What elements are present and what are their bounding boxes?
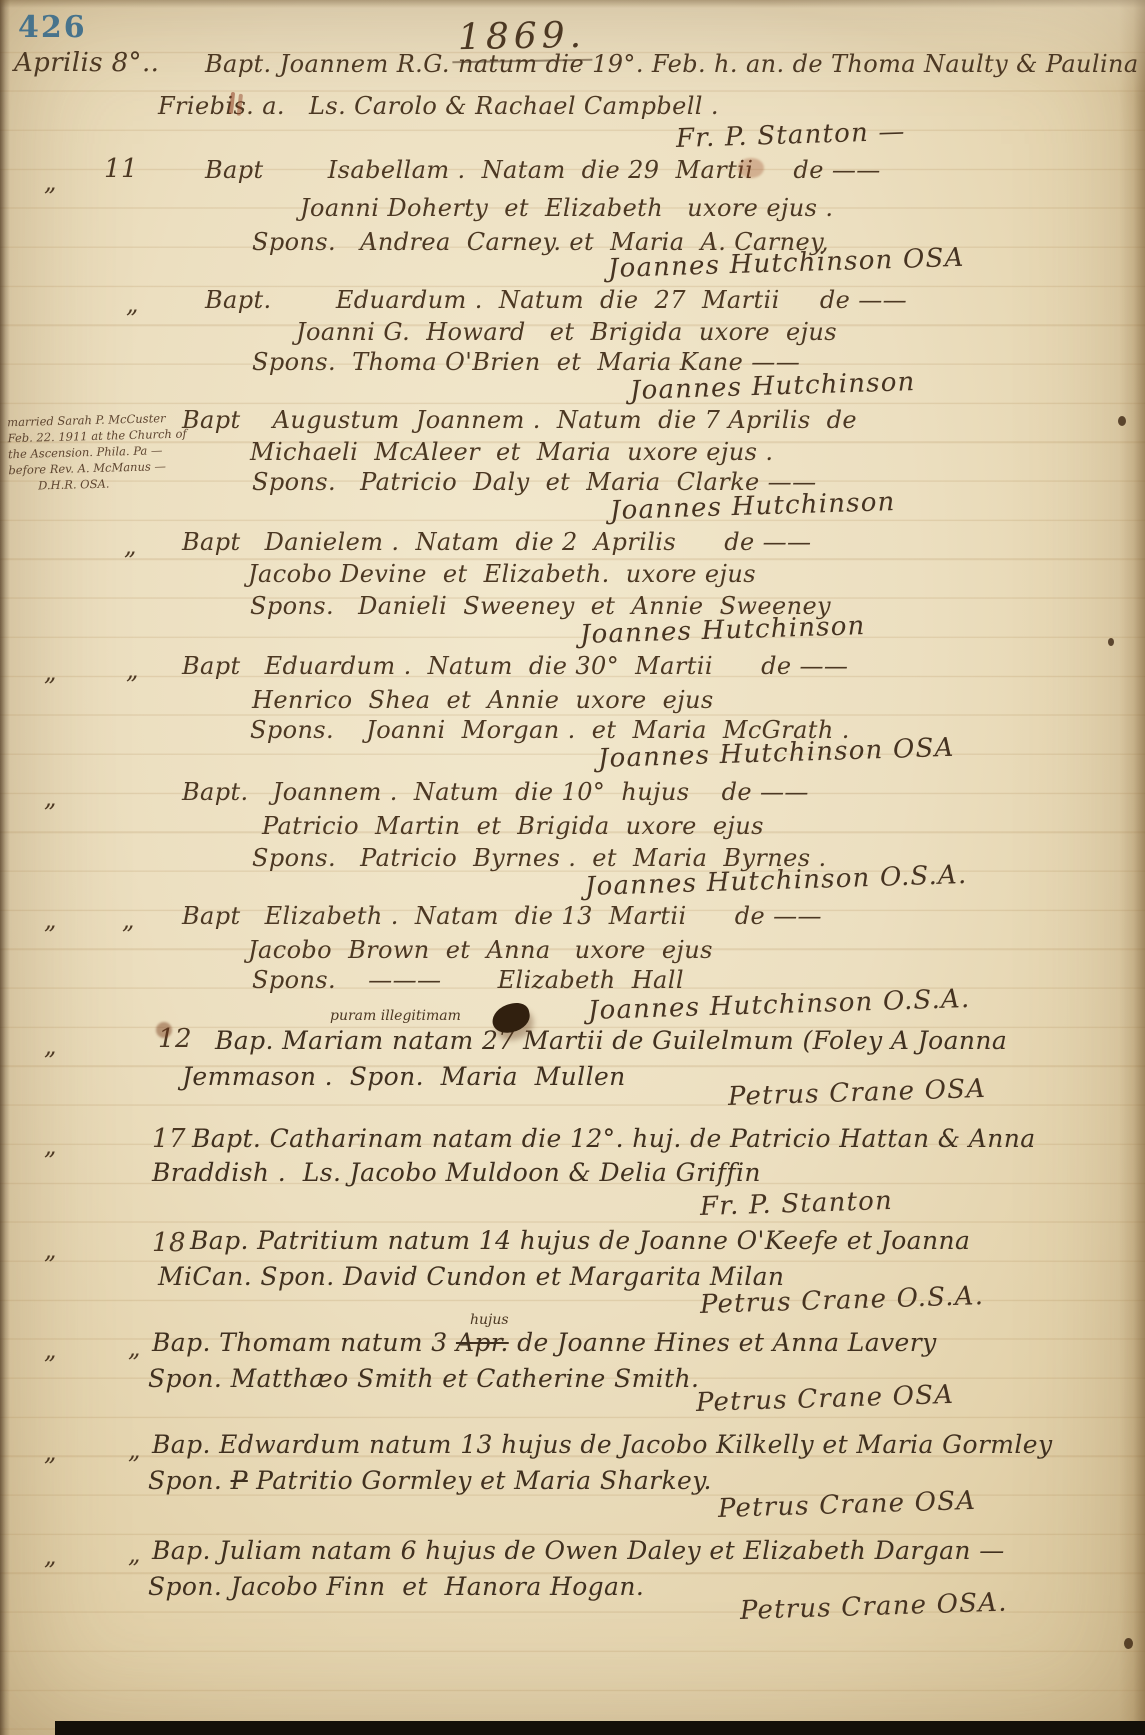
entry-signature: Fr. P. Stanton — xyxy=(676,119,906,152)
entry-line: Bap. Patritium natum 14 hujus de Joanne … xyxy=(190,1228,970,1253)
entry-line: Braddish . Ls. Jacobo Muldoon & Delia Gr… xyxy=(152,1160,761,1185)
entry-line: Bapt Elizabeth . Natam die 13 Martii de … xyxy=(182,904,822,928)
entry-line: Spon. P Patritio Gormley et Maria Sharke… xyxy=(148,1468,712,1493)
struck-text: P xyxy=(231,1466,248,1495)
entry-signature: Fr. P. Stanton xyxy=(700,1188,894,1220)
page-top-edge xyxy=(0,0,1145,8)
line-segment: de Joanne Hines et Anna Lavery xyxy=(509,1328,937,1357)
register-page: 426 1869. Aprilis 8°.. Bapt. Joannem R.G… xyxy=(0,0,1145,1735)
ink-smudge xyxy=(738,158,764,178)
entry-month-ditto: „ xyxy=(44,1544,57,1568)
entry-signature: Petrus Crane OSA xyxy=(696,1382,955,1416)
entry-line: Spon. Jacobo Finn et Hanora Hogan. xyxy=(148,1574,644,1599)
entry-date: Aprilis 8°.. xyxy=(14,50,159,76)
entry-line: Spons. Thoma O'Brien et Maria Kane —— xyxy=(252,350,800,374)
entry-line: Jemmason . Spon. Maria Mullen xyxy=(182,1064,626,1089)
entry-line: Patricio Martin et Brigida uxore ejus xyxy=(262,814,764,838)
entry-month-ditto: „ xyxy=(44,786,57,810)
entry-signature: Petrus Crane OSA. xyxy=(740,1590,1008,1624)
entry-line: Bapt. Joannem R.G. natum die 19°. Feb. h… xyxy=(205,52,1139,76)
entry-line: Bap. Thomam natum 3 Apr. de Joanne Hines… xyxy=(152,1330,937,1355)
entry-signature: Joannes Hutchinson xyxy=(580,613,866,648)
entry-line: Bapt Augustum Joannem . Natum die 7 Apri… xyxy=(182,408,857,432)
entry-signature: Joannes Hutchinson xyxy=(610,489,896,524)
entry-line: MiCan. Spon. David Cundon et Margarita M… xyxy=(158,1264,784,1289)
entry-day-ditto: „ xyxy=(128,1438,141,1462)
line-segment: natam 27 Martii de Guilelmum (Foley A Jo… xyxy=(384,1026,1008,1055)
line-segment: Bap. Mariam xyxy=(215,1026,384,1055)
bottom-scan-edge xyxy=(55,1721,1145,1735)
ink-smudge xyxy=(156,1022,172,1038)
entry-signature: Petrus Crane OSA xyxy=(718,1488,977,1522)
entry-signature: Petrus Crane O.S.A. xyxy=(700,1283,985,1318)
entry-day-ditto: „ xyxy=(124,534,137,558)
entry-month-ditto: „ xyxy=(44,1440,57,1464)
entry-line: Friebis. a. Ls. Carolo & Rachael Campbel… xyxy=(158,94,719,118)
entry-line: Bapt Danielem . Natam die 2 Aprilis de —… xyxy=(182,530,811,554)
entry-line: Bapt. Joannem . Natum die 10° hujus de —… xyxy=(182,780,809,804)
entry-line: Bapt Eduardum . Natum die 30° Martii de … xyxy=(182,654,848,678)
entry-day-ditto: „ xyxy=(126,292,139,316)
entry-day-ditto: „ xyxy=(128,1336,141,1360)
entry-signature: Joannes Hutchinson xyxy=(630,369,916,404)
entry-signature: Petrus Crane OSA xyxy=(728,1076,987,1110)
entry-line: Jacobo Brown et Anna uxore ejus xyxy=(248,938,713,962)
edge-speck xyxy=(1124,1638,1133,1649)
struck-text: Apr. xyxy=(456,1328,509,1357)
entry-line: Bap. Mariam natam 27 Martii de Guilelmum… xyxy=(215,1028,1007,1053)
entry-line: Henrico Shea et Annie uxore ejus xyxy=(252,688,714,712)
entry-month-ditto: „ xyxy=(44,908,57,932)
interlinear-insertion: hujus xyxy=(470,1312,509,1328)
entry-line: Bapt. Catharinam natam die 12°. huj. de … xyxy=(192,1126,1036,1151)
page-right-edge xyxy=(1119,0,1145,1735)
entry-day: 18 xyxy=(152,1230,186,1256)
entry-line: Bapt Isabellam . Natam die 29 Martii de … xyxy=(205,158,881,182)
entry-line: Bapt. Eduardum . Natum die 27 Martii de … xyxy=(205,288,907,312)
entry-line: Bap. Juliam natam 6 hujus de Owen Daley … xyxy=(152,1538,1005,1563)
entry-line: Bap. Edwardum natum 13 hujus de Jacobo K… xyxy=(152,1432,1053,1457)
entry-line: Jacobo Devine et Elizabeth. uxore ejus xyxy=(248,562,756,586)
entry-month-ditto: „ xyxy=(44,1134,57,1158)
binding-edge xyxy=(0,0,10,1735)
entry-line: Spons. Patricio Daly et Maria Clarke —— xyxy=(252,470,816,494)
entry-line: Joanni G. Howard et Brigida uxore ejus xyxy=(296,320,837,344)
edge-speck xyxy=(1108,638,1114,646)
entry-month-ditto: „ xyxy=(44,170,57,194)
margin-note: married Sarah P. McCuster Feb. 22. 1911 … xyxy=(7,410,179,494)
edge-speck xyxy=(1118,416,1126,426)
line-segment: Bap. Thomam natum 3 xyxy=(152,1328,456,1357)
entry-month-ditto: „ xyxy=(44,1238,57,1262)
entry-day-ditto: „ xyxy=(122,908,135,932)
line-segment: Patritio Gormley et Maria Sharkey. xyxy=(248,1466,712,1495)
entry-day: 17 xyxy=(152,1126,186,1152)
interlinear-insertion: puram illegitimam xyxy=(330,1008,461,1024)
entry-line: Spon. Matthæo Smith et Catherine Smith. xyxy=(148,1366,699,1391)
entry-day-ditto: „ xyxy=(128,1542,141,1566)
entry-line: Spons. ——— Elizabeth Hall xyxy=(252,968,684,992)
entry-month-ditto: „ xyxy=(44,1034,57,1058)
entry-month-ditto: „ xyxy=(44,1338,57,1362)
entry-line: Michaeli McAleer et Maria uxore ejus . xyxy=(250,440,773,464)
line-segment: Spon. xyxy=(148,1466,231,1495)
entry-day: 11 xyxy=(104,156,138,182)
entry-month-ditto: „ xyxy=(44,660,57,684)
entry-line: Joanni Doherty et Elizabeth uxore ejus . xyxy=(300,196,833,220)
entry-day-ditto: „ xyxy=(126,658,139,682)
page-number: 426 xyxy=(18,10,87,45)
